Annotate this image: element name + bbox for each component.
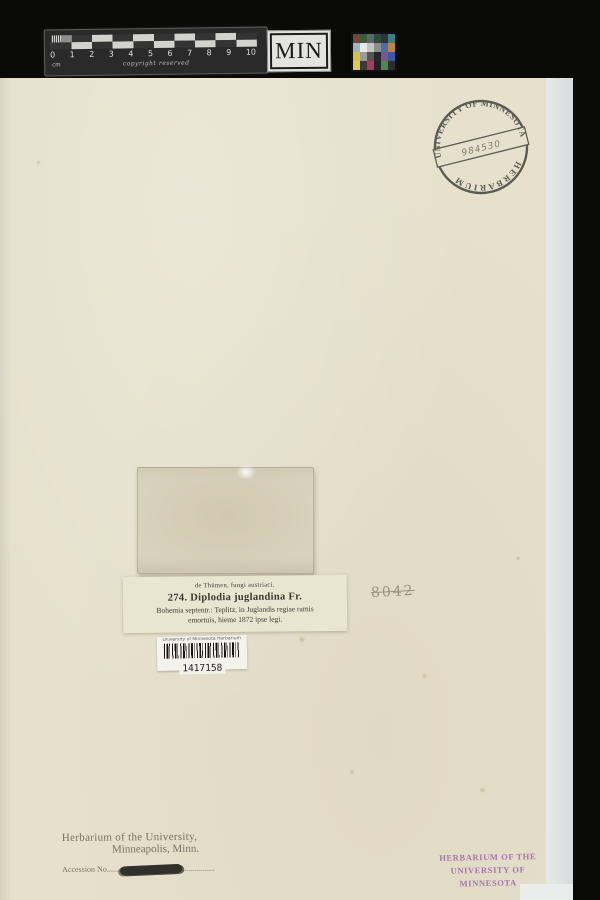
backing-sheet-edge xyxy=(546,78,573,900)
color-chart-cell xyxy=(360,61,367,70)
accession-stamp: Herbarium of the University, Minneapolis… xyxy=(62,830,282,874)
accession-number-line: Accession No............................… xyxy=(62,863,282,874)
ruler-tick-label: 5 xyxy=(148,49,153,59)
color-chart-cell xyxy=(353,43,360,52)
color-calibration-chart xyxy=(351,32,397,72)
ruler-tick-label: 6 xyxy=(167,49,172,59)
accession-stamp-line2: Minneapolis, Minn. xyxy=(112,842,282,855)
color-chart-cell xyxy=(388,43,395,52)
institution-code-label: MIN xyxy=(270,33,328,70)
ruler-tick-label: 8 xyxy=(207,48,212,58)
color-chart-cell xyxy=(374,52,381,61)
ruler-tick-label: 9 xyxy=(226,48,231,58)
foxing-spot xyxy=(421,673,428,679)
color-chart-cell xyxy=(388,34,395,43)
accession-label: Accession No. xyxy=(62,865,109,874)
foxing-spot xyxy=(36,160,41,165)
institution-code-tag: MIN xyxy=(267,30,331,73)
color-chart-cell xyxy=(367,43,374,52)
foxing-spot xyxy=(515,556,521,561)
ruler-tick-label: 0 xyxy=(50,50,55,60)
ruler-tick-label: 7 xyxy=(187,48,192,58)
purple-stamp-line1: HERBARIUM OF THE xyxy=(428,850,548,865)
color-chart-cell xyxy=(367,34,374,43)
crossed-out-accession-number: 8042 xyxy=(371,583,415,601)
color-chart-cell xyxy=(353,61,360,70)
ruler-tick-label: 1 xyxy=(70,50,75,60)
ruler-tick-label: 10 xyxy=(246,48,256,58)
color-chart-cell xyxy=(353,34,360,43)
packet-glue-spot xyxy=(236,464,256,480)
color-chart-cell xyxy=(360,43,367,52)
ruler-checker-strip xyxy=(51,33,257,50)
purple-stamp-line2: UNIVERSITY OF MINNESOTA xyxy=(428,863,548,891)
specimen-packet xyxy=(137,467,314,574)
foxing-spot xyxy=(349,769,355,775)
purple-herbarium-stamp: HERBARIUM OF THE UNIVERSITY OF MINNESOTA xyxy=(428,850,549,890)
label-species-name: 274. Diplodia juglandina Fr. xyxy=(168,590,302,606)
color-chart-cell xyxy=(388,52,395,61)
color-chart-cell xyxy=(381,34,388,43)
color-chart-cell xyxy=(381,52,388,61)
color-chart-cell xyxy=(367,61,374,70)
foxing-spot xyxy=(479,787,486,793)
color-chart-cell xyxy=(360,34,367,43)
barcode-number: 1417158 xyxy=(179,664,225,675)
color-chart-cell xyxy=(388,61,395,70)
color-chart-cell xyxy=(381,43,388,52)
ruler-tick-label: 2 xyxy=(89,50,94,60)
color-chart-cell xyxy=(353,52,360,61)
ruler-tick-label: 4 xyxy=(128,49,133,59)
barcode-label: University of Minnesota Herbarium 141715… xyxy=(157,635,248,671)
label-locality-line2: emortuis, hieme 1872 ipse legi. xyxy=(188,615,282,626)
ruler-tick-label: 3 xyxy=(109,50,114,60)
color-chart-cell xyxy=(381,61,388,70)
color-chart-cell xyxy=(374,34,381,43)
color-chart-cell xyxy=(367,52,374,61)
foxing-spot xyxy=(298,636,306,643)
scale-ruler: 012345678910 cm copyright reserved xyxy=(44,26,269,76)
color-chart-cell xyxy=(374,61,381,70)
barcode-icon xyxy=(164,642,240,659)
color-chart-cell xyxy=(360,52,367,61)
color-chart-cell xyxy=(374,43,381,52)
specimen-label: de Thümen, fungi austriaci. 274. Diplodi… xyxy=(123,575,348,633)
